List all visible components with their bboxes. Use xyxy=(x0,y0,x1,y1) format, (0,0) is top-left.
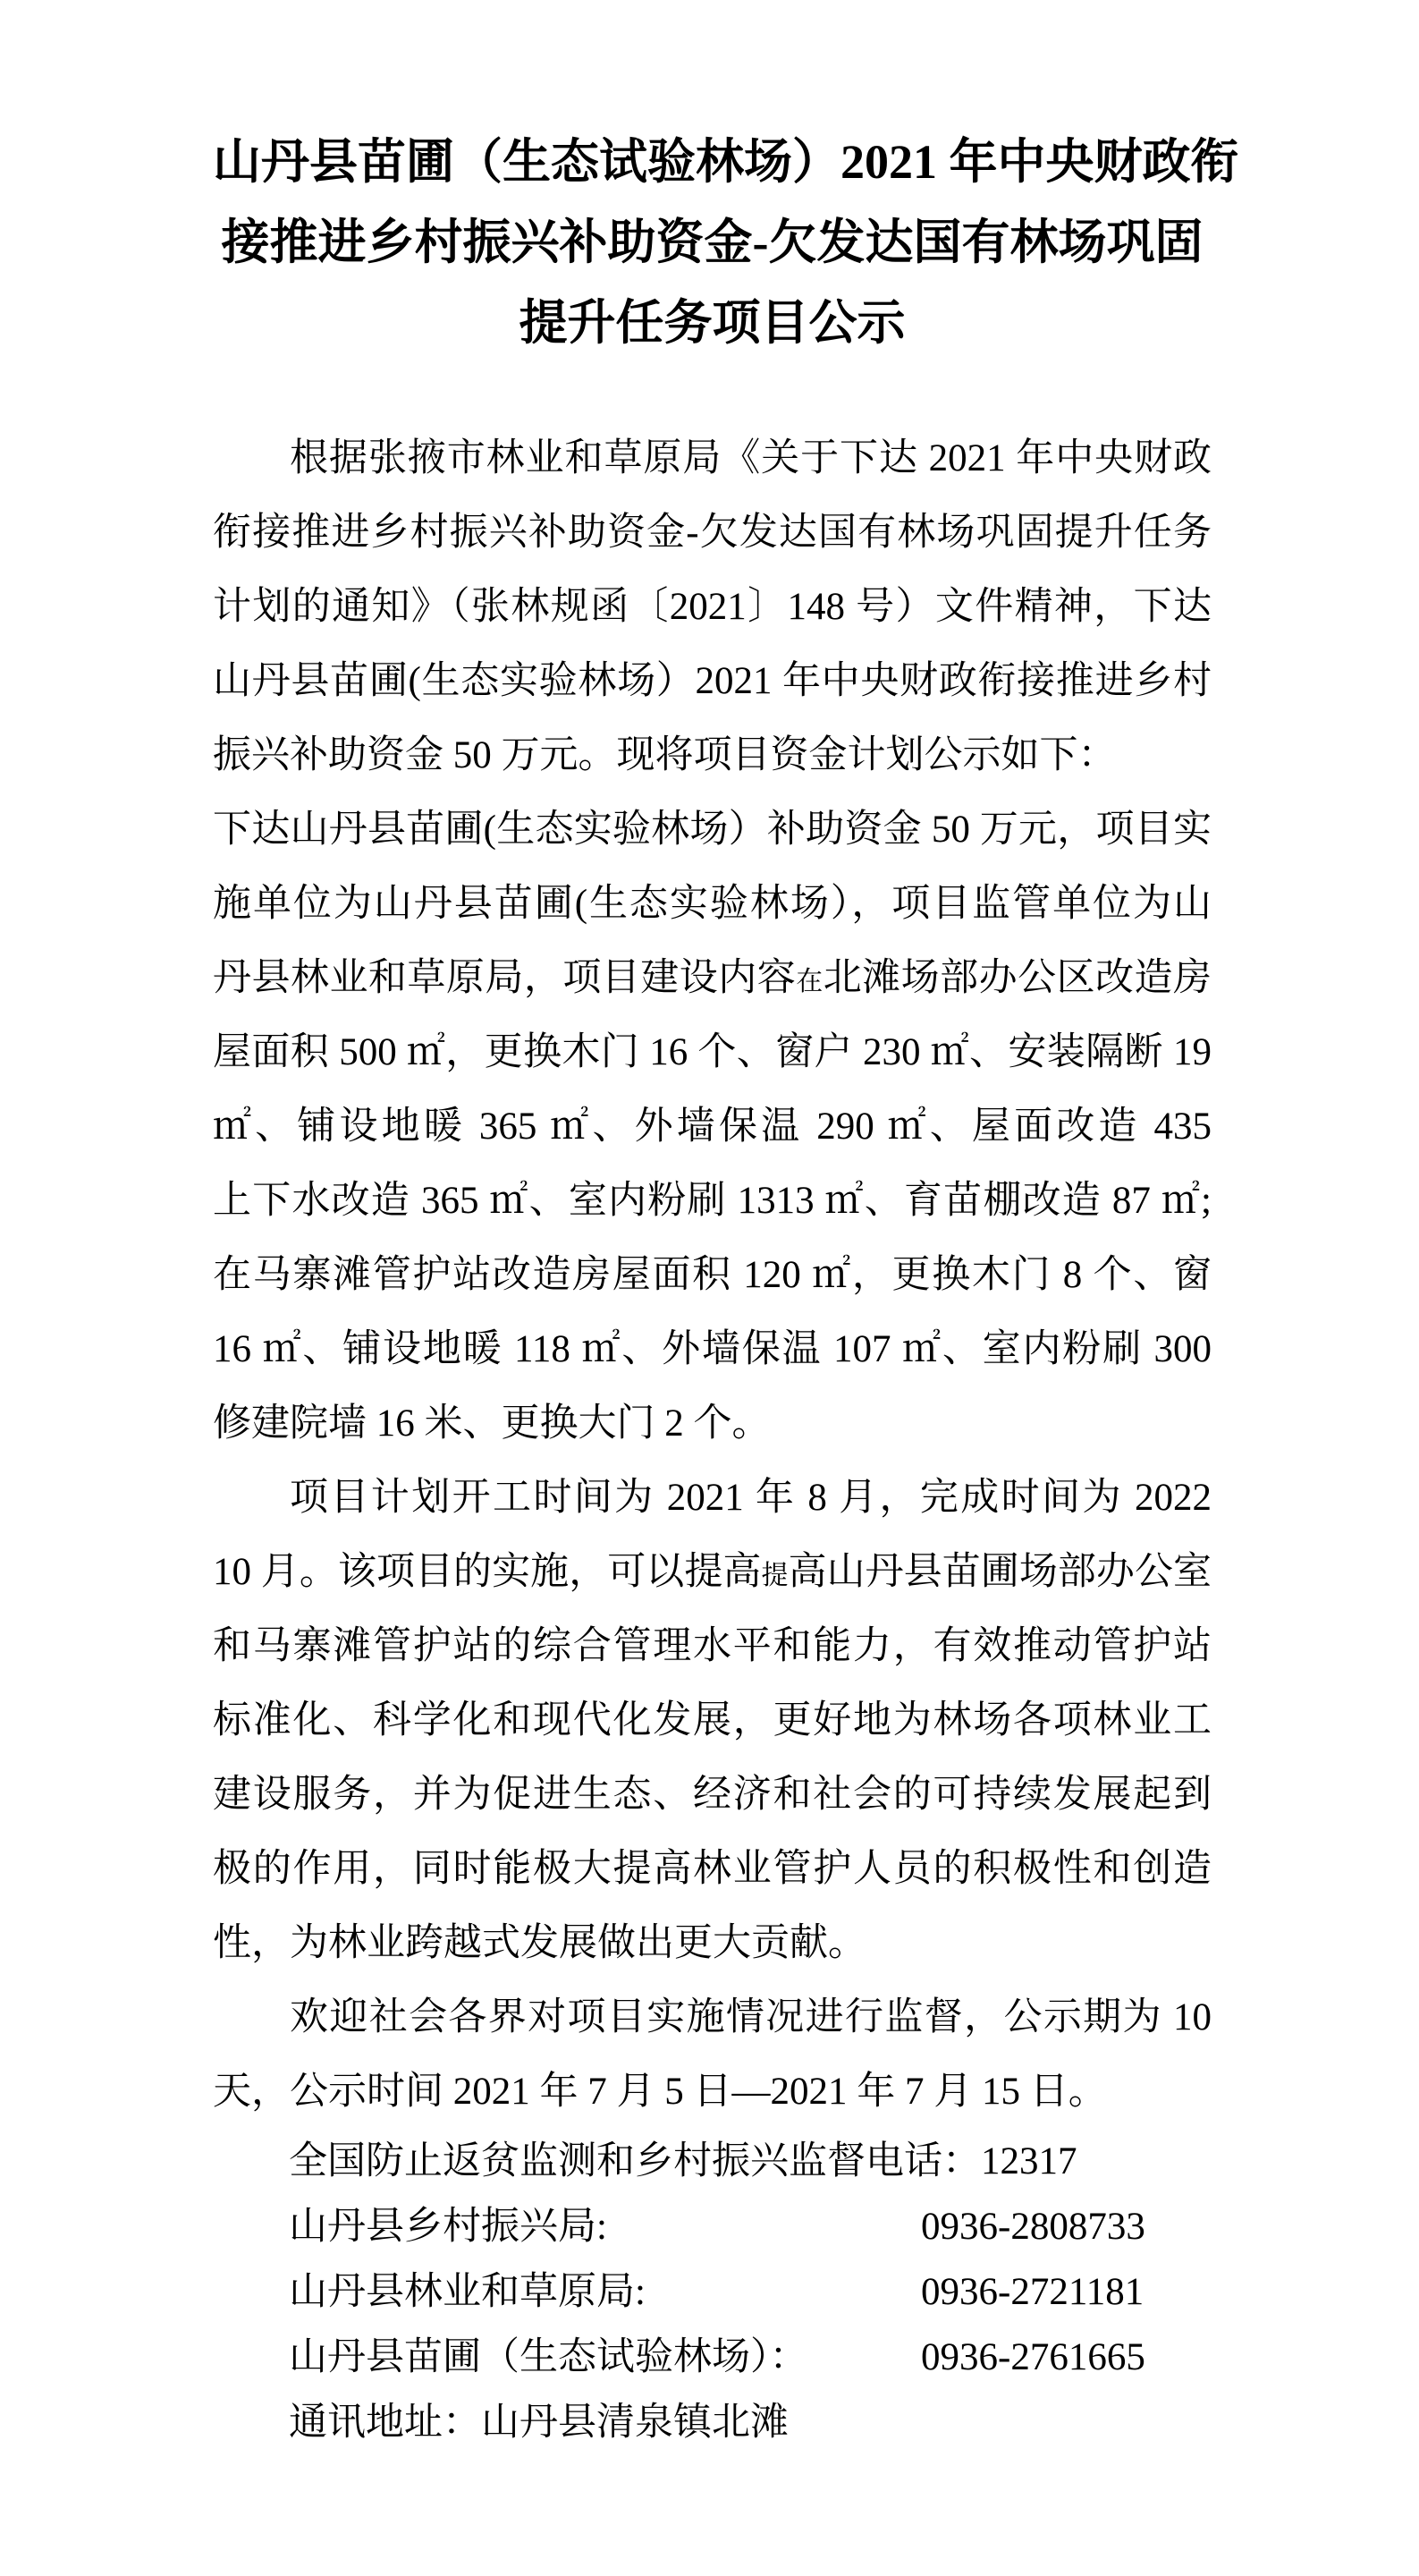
small-char: 在 xyxy=(796,967,823,996)
line-text: 上下水改造 365 ㎡、室内粉刷 1313 ㎡、育苗棚改造 87 ㎡; xyxy=(213,1180,1212,1222)
line-text: 建设服务，并为促进生态、经济和社会的可持续发展起到积 xyxy=(213,1774,1212,1832)
paragraph-line: 在马寨滩管护站改造房屋面积 120 ㎡，更换木门 8 个、窗户 xyxy=(213,1238,1212,1312)
paragraph-line: 标准化、科学化和现代化发展，更好地为林场各项林业工程 xyxy=(213,1683,1212,1758)
paragraph-line: ㎡、铺设地暖 365 ㎡、外墙保温 290 ㎡、屋面改造 435 ㎡、 xyxy=(213,1089,1212,1164)
contact-line: 通讯地址：山丹县清泉镇北滩 xyxy=(213,2390,1212,2455)
line-text: 极的作用，同时能极大提高林业管护人员的积极性和创造 xyxy=(213,1848,1212,1890)
title-line: 接推进乡村振兴补助资金-欠发达国有林场巩固 xyxy=(213,202,1212,283)
contact-label: 通讯地址：山丹县清泉镇北滩 xyxy=(289,2402,789,2444)
paragraph-line: 衔接推进乡村振兴补助资金-欠发达国有林场巩固提升任务 xyxy=(213,496,1212,570)
paragraph-line: 建设服务，并为促进生态、经济和社会的可持续发展起到积 xyxy=(213,1758,1212,1832)
contact-phone: 0936-2808733 xyxy=(921,2194,1145,2259)
small-char: 提 xyxy=(761,1561,788,1590)
paragraph-line: 计划的通知》（张林规函〔2021〕148 号）文件精神，下达 xyxy=(213,570,1212,644)
notice-document: 山丹县苗圃（生态试验林场）2021 年中央财政衔接推进乡村振兴补助资金-欠发达国… xyxy=(213,0,1212,2455)
document-body: 根据张掖市林业和草原局《关于下达 2021 年中央财政衔接推进乡村振兴补助资金-… xyxy=(213,421,1212,2129)
paragraph-line: 欢迎社会各界对项目实施情况进行监督，公示期为 10 xyxy=(213,1980,1212,2055)
line-text: 16 ㎡、铺设地暖 118 ㎡、外墙保温 107 ㎡、室内粉刷 300 ㎡、 xyxy=(213,1328,1212,1386)
line-text: 项目计划开工时间为 2021 年 8 月，完成时间为 2022 年 xyxy=(213,1477,1212,1535)
contact-line: 山丹县苗圃（生态试验林场）：0936-2761665 xyxy=(213,2325,1212,2390)
paragraph-line: 丹县林业和草原局，项目建设内容在北滩场部办公区改造房 xyxy=(213,941,1212,1015)
title-line: 提升任务项目公示 xyxy=(213,283,1212,363)
line-text: 欢迎社会各界对项目实施情况进行监督，公示期为 10 xyxy=(290,1996,1212,2038)
contact-label: 全国防止返贫监测和乡村振兴监督电话：12317 xyxy=(289,2140,1077,2182)
paragraph-line: 根据张掖市林业和草原局《关于下达 2021 年中央财政 xyxy=(213,421,1212,496)
line-text: 根据张掖市林业和草原局《关于下达 2021 年中央财政 xyxy=(290,437,1212,479)
title-line: 山丹县苗圃（生态试验林场）2021 年中央财政衔 xyxy=(213,122,1212,202)
contact-line: 山丹县林业和草原局:0936-2721181 xyxy=(213,2259,1212,2325)
line-text: 施单位为山丹县苗圃(生态实验林场），项目监管单位为山 xyxy=(213,883,1212,925)
paragraph-line: 项目计划开工时间为 2021 年 8 月，完成时间为 2022 年 xyxy=(213,1461,1212,1535)
paragraph-line: 和马寨滩管护站的综合管理水平和能力，有效推动管护站向 xyxy=(213,1609,1212,1683)
paragraph-line: 天，公示时间 2021 年 7 月 5 日—2021 年 7 月 15 日。 xyxy=(213,2055,1212,2129)
paragraph-line: 极的作用，同时能极大提高林业管护人员的积极性和创造 xyxy=(213,1832,1212,1906)
contact-list: 全国防止返贫监测和乡村振兴监督电话：12317山丹县乡村振兴局:0936-280… xyxy=(213,2129,1212,2455)
line-text: 修建院墙 16 米、更换大门 2 个。 xyxy=(213,1402,771,1445)
line-text: 在马寨滩管护站改造房屋面积 120 ㎡，更换木门 8 个、窗户 xyxy=(213,1254,1212,1312)
line-text: 衔接推进乡村振兴补助资金-欠发达国有林场巩固提升任务 xyxy=(213,512,1212,554)
paragraph-line: 屋面积 500 ㎡，更换木门 16 个、窗户 230 ㎡、安装隔断 19 xyxy=(213,1015,1212,1089)
line-text: 高山丹县苗圃场部办公室 xyxy=(789,1551,1212,1593)
line-text: 天，公示时间 2021 年 7 月 5 日—2021 年 7 月 15 日。 xyxy=(213,2071,1107,2113)
paragraph-line: 上下水改造 365 ㎡、室内粉刷 1313 ㎡、育苗棚改造 87 ㎡; xyxy=(213,1164,1212,1238)
contact-line: 山丹县乡村振兴局:0936-2808733 xyxy=(213,2194,1212,2259)
line-text: 屋面积 500 ㎡，更换木门 16 个、窗户 230 ㎡、安装隔断 19 xyxy=(213,1031,1212,1073)
contact-label: 山丹县乡村振兴局: xyxy=(289,2206,607,2248)
line-text: 10 月。该项目的实施，可以提高 xyxy=(213,1551,761,1593)
paragraph-line: 16 ㎡、铺设地暖 118 ㎡、外墙保温 107 ㎡、室内粉刷 300 ㎡、 xyxy=(213,1312,1212,1386)
paragraph-line: 振兴补助资金 50 万元。现将项目资金计划公示如下： xyxy=(213,718,1212,792)
line-text: 振兴补助资金 50 万元。现将项目资金计划公示如下： xyxy=(213,734,1117,776)
contact-phone: 0936-2761665 xyxy=(921,2325,1145,2390)
contact-phone: 0936-2721181 xyxy=(921,2259,1144,2325)
line-text: 北滩场部办公区改造房 xyxy=(824,957,1212,999)
line-text: 丹县林业和草原局，项目建设内容 xyxy=(213,957,796,999)
paragraph-line: 下达山丹县苗圃(生态实验林场）补助资金 50 万元，项目实 xyxy=(213,792,1212,867)
paragraph-line: 修建院墙 16 米、更换大门 2 个。 xyxy=(213,1386,1212,1461)
paragraph-line: 性，为林业跨越式发展做出更大贡献。 xyxy=(213,1906,1212,1980)
line-text: 计划的通知》（张林规函〔2021〕148 号）文件精神，下达 xyxy=(213,586,1212,628)
contact-label: 山丹县林业和草原局: xyxy=(289,2271,646,2313)
line-text: ㎡、铺设地暖 365 ㎡、外墙保温 290 ㎡、屋面改造 435 ㎡、 xyxy=(213,1106,1212,1164)
document-title: 山丹县苗圃（生态试验林场）2021 年中央财政衔接推进乡村振兴补助资金-欠发达国… xyxy=(213,122,1212,363)
line-text: 和马寨滩管护站的综合管理水平和能力，有效推动管护站向 xyxy=(213,1625,1212,1683)
line-text: 性，为林业跨越式发展做出更大贡献。 xyxy=(213,1922,866,1964)
paragraph-line: 山丹县苗圃(生态实验林场）2021 年中央财政衔接推进乡村 xyxy=(213,644,1212,718)
paragraph-line: 施单位为山丹县苗圃(生态实验林场），项目监管单位为山 xyxy=(213,867,1212,941)
contact-label: 山丹县苗圃（生态试验林场）： xyxy=(289,2336,808,2378)
line-text: 下达山丹县苗圃(生态实验林场）补助资金 50 万元，项目实 xyxy=(213,809,1212,851)
contact-line: 全国防止返贫监测和乡村振兴监督电话：12317 xyxy=(213,2129,1212,2194)
line-text: 山丹县苗圃(生态实验林场）2021 年中央财政衔接推进乡村 xyxy=(213,660,1212,702)
paragraph-line: 10 月。该项目的实施，可以提高提高山丹县苗圃场部办公室 xyxy=(213,1535,1212,1609)
document-page: 山丹县苗圃（生态试验林场）2021 年中央财政衔接推进乡村振兴补助资金-欠发达国… xyxy=(0,0,1419,2576)
line-text: 标准化、科学化和现代化发展，更好地为林场各项林业工程 xyxy=(213,1699,1212,1758)
